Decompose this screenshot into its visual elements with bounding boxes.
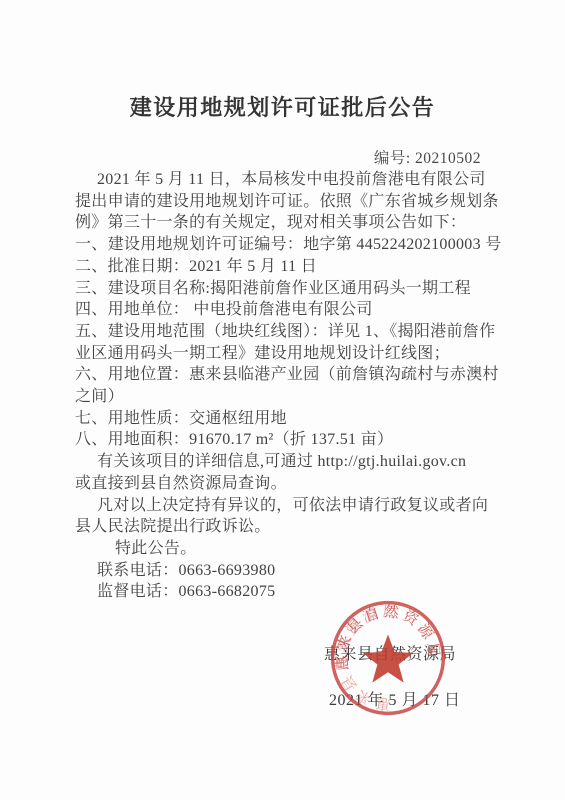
body-line: 例》第三十一条的有关规定，现对相关事项公告如下： [75,212,493,234]
body-line: 八、用地面积：91670.17 m²（折 137.51 亩） [75,429,493,451]
body-line: 联系电话：0663-6693980 [75,560,493,582]
body-line: 一、建设用地规划许可证编号：地字第 445224202100003 号 [75,234,493,256]
body-line: 六、用地位置：惠来县临港产业园（前詹镇沟疏村与赤澳村 [75,364,493,386]
body-line: 监督电话：0663-6682075 [75,581,493,603]
body-line: 四、用地单位： 中电投前詹港电有限公司 [75,299,493,321]
issue-date: 2021 年 5 月 17 日 [329,687,461,710]
body-line: 七、用地性质：交通枢纽用地 [75,408,493,430]
body-line: 五、建设用地范围（地块红线图）：详见 1、《揭阳港前詹作 [75,321,493,343]
body-line: 有关该项目的详细信息,可通过 http://gtj.huilai.gov.cn [75,451,493,473]
body-line: 之间） [75,386,493,408]
document-body: 2021 年 5 月 11 日，本局核发中电投前詹港电有限公司提出申请的建设用地… [75,169,493,603]
body-line: 特此公告。 [75,538,493,560]
body-line: 或直接到县自然资源局查询。 [75,473,493,495]
document-title: 建设用地规划许可证批后公告 [0,91,565,122]
body-line: 业区通用码头一期工程》建设用地规划设计红线图； [75,343,493,365]
body-line: 二、批准日期：2021 年 5 月 11 日 [75,256,493,278]
body-line: 凡对以上决定持有异议的，可依法申请行政复议或者向 [75,495,493,517]
body-line: 三、建设项目名称:揭阳港前詹作业区通用码头一期工程 [75,278,493,300]
body-line: 2021 年 5 月 11 日，本局核发中电投前詹港电有限公司 [75,169,493,191]
issuer-name: 惠来县自然资源局 [324,641,456,664]
document-number: 编号: 20210502 [374,146,481,168]
body-line: 提出申请的建设用地规划许可证。依照《广东省城乡规划条 [75,191,493,213]
announcement-document: 建设用地规划许可证批后公告 编号: 20210502 2021 年 5 月 11… [0,0,565,800]
body-line: 县人民法院提出行政诉讼。 [75,516,493,538]
